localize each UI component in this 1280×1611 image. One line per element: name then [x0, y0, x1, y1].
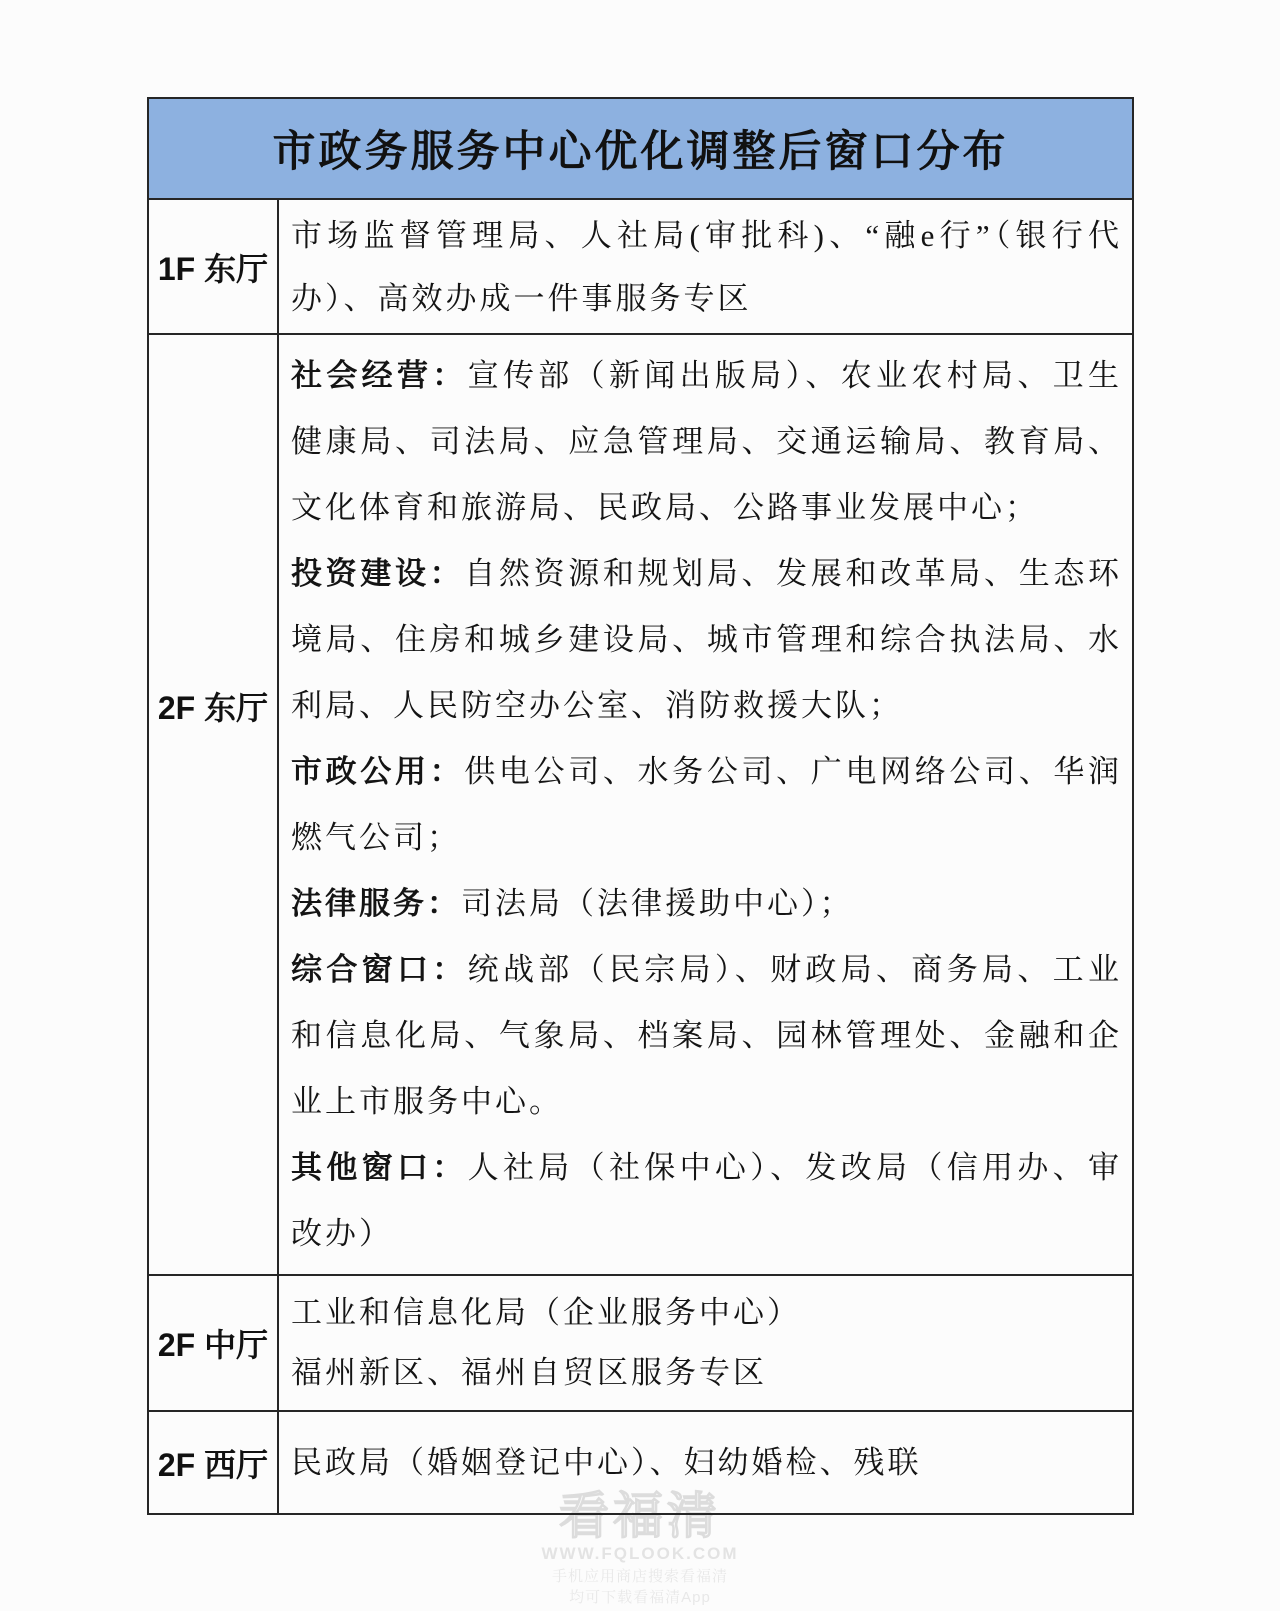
table-title: 市政务服务中心优化调整后窗口分布 [273, 118, 1009, 179]
paragraph: 法律服务：司法局（法律援助中心）； [291, 871, 1122, 937]
table-row-2f-west: 2F 西厅 民政局（婚姻登记中心）、妇幼婚检、残联 [149, 1412, 1132, 1513]
table-row-2f-middle: 2F 中厅 工业和信息化局（企业服务中心） 福州新区、福州自贸区服务专区 [149, 1276, 1132, 1412]
floor-label-2f-middle: 2F 中厅 [149, 1276, 279, 1410]
watermark-site-url: WWW.FQLOOK.COM [0, 1544, 1280, 1564]
table-title-cell: 市政务服务中心优化调整后窗口分布 [149, 99, 1132, 200]
category-label-social: 社会经营： [291, 358, 468, 393]
paragraph: 社会经营：宣传部（新闻出版局）、农业农村局、卫生健康局、司法局、应急管理局、交通… [291, 343, 1122, 541]
window-distribution-table: 市政务服务中心优化调整后窗口分布 1F 东厅 市场监督管理局、人社局(审批科)、… [147, 97, 1134, 1515]
floor-label-2f-east: 2F 东厅 [149, 335, 279, 1274]
paragraph: 工业和信息化局（企业服务中心） [291, 1283, 1122, 1343]
paragraph-text: 工业和信息化局（企业服务中心） [291, 1295, 801, 1330]
floor-label-2f-west: 2F 西厅 [149, 1412, 279, 1513]
paragraph: 其他窗口：人社局（社保中心）、发改局（信用办、审改办） [291, 1135, 1122, 1267]
paragraph-text: 民政局（婚姻登记中心）、妇幼婚检、残联 [291, 1445, 922, 1480]
paragraph: 投资建设：自然资源和规划局、发展和改革局、生态环境局、住房和城乡建设局、城市管理… [291, 541, 1122, 739]
paragraph-text: 市场监督管理局、人社局(审批科)、“融e行”（银行代办）、高效办成一件事服务专区 [291, 218, 1122, 316]
table-row-1f-east: 1F 东厅 市场监督管理局、人社局(审批科)、“融e行”（银行代办）、高效办成一… [149, 200, 1132, 335]
floor-label-1f-east: 1F 东厅 [149, 200, 279, 333]
watermark-tagline-1: 手机应用商店搜索看福清 [0, 1569, 1280, 1585]
category-label-investment: 投资建设： [291, 556, 464, 591]
category-label-municipal: 市政公用： [291, 754, 464, 789]
category-label-comprehensive: 综合窗口： [291, 952, 468, 987]
paragraph: 市政公用：供电公司、水务公司、广电网络公司、华润燃气公司； [291, 739, 1122, 871]
content-2f-middle: 工业和信息化局（企业服务中心） 福州新区、福州自贸区服务专区 [279, 1276, 1132, 1410]
content-2f-west: 民政局（婚姻登记中心）、妇幼婚检、残联 [279, 1412, 1132, 1513]
table-row-2f-east: 2F 东厅 社会经营：宣传部（新闻出版局）、农业农村局、卫生健康局、司法局、应急… [149, 335, 1132, 1276]
content-2f-east: 社会经营：宣传部（新闻出版局）、农业农村局、卫生健康局、司法局、应急管理局、交通… [279, 335, 1132, 1274]
page: { "colors": { "header_bg": "#8db1e0", "b… [0, 0, 1280, 1611]
paragraph: 市场监督管理局、人社局(审批科)、“融e行”（银行代办）、高效办成一件事服务专区 [291, 204, 1122, 330]
paragraph: 民政局（婚姻登记中心）、妇幼婚检、残联 [291, 1438, 1122, 1488]
watermark-tagline-2: 均可下载看福清App [0, 1590, 1280, 1606]
paragraph: 福州新区、福州自贸区服务专区 [291, 1343, 1122, 1403]
paragraph-text: 福州新区、福州自贸区服务专区 [291, 1355, 767, 1390]
category-label-legal: 法律服务： [291, 886, 461, 921]
paragraph: 综合窗口：统战部（民宗局）、财政局、商务局、工业和信息化局、气象局、档案局、园林… [291, 937, 1122, 1135]
content-1f-east: 市场监督管理局、人社局(审批科)、“融e行”（银行代办）、高效办成一件事服务专区 [279, 200, 1132, 333]
paragraph-text: 司法局（法律援助中心）； [461, 886, 854, 921]
category-label-other: 其他窗口： [291, 1150, 468, 1185]
